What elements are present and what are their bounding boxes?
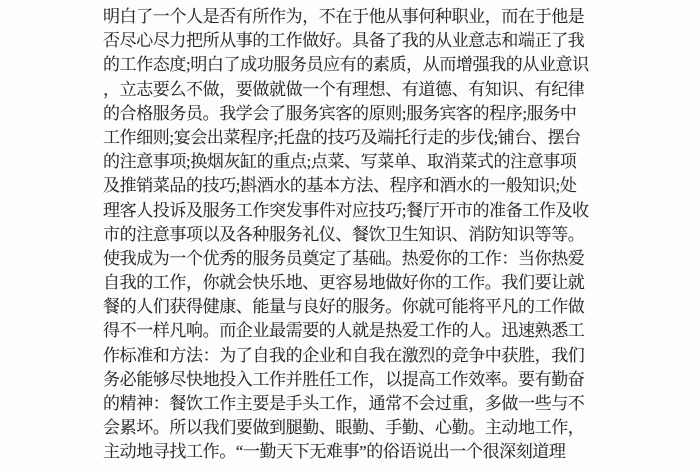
text-line: 工作细则;宴会出菜程序;托盘的技巧及端托行走的步伐;铺台、摆台 (103, 126, 595, 150)
text-line: 市的注意事项以及各种服务礼仪、餐饮卫生知识、消防知识等等。 (103, 223, 595, 247)
text-line: 及推销菜品的技巧;斟酒水的基本方法、程序和酒水的一般知识;处 (103, 174, 595, 198)
text-line: ，立志要么不做，要做就做一个有理想、有道德、有知识、有纪律 (103, 78, 595, 102)
text-line: 的工作态度;明白了成功服务员应有的素质，从而增强我的从业意识 (103, 53, 595, 77)
text-line: 自我的工作，你就会快乐地、更容易地做好你的工作。我们要让就 (103, 271, 595, 295)
text-line: 使我成为一个优秀的服务员奠定了基础。热爱你的工作：当你热爱 (103, 247, 595, 271)
text-line: 明白了一个人是否有所作为，不在于他从事何种职业，而在于他是 (103, 5, 595, 29)
text-line: 的注意事项;换烟灰缸的重点;点菜、写菜单、取消菜式的注意事项 (103, 150, 595, 174)
text-line: 得不一样凡响。而企业最需要的人就是热爱工作的人。迅速熟悉工 (103, 319, 595, 343)
text-line: 务必能够尽快地投入工作并胜任工作，以提高工作效率。要有勤奋 (103, 368, 595, 392)
text-line: 主动地寻找工作。“一勤天下无难事”的俗语说出一个很深刻道理 (103, 440, 595, 464)
scanned-document-page: 明白了一个人是否有所作为，不在于他从事何种职业，而在于他是否尽心尽力把所从事的工… (0, 0, 700, 470)
text-line: 作标准和方法：为了自我的企业和自我在激烈的竞争中获胜，我们 (103, 344, 595, 368)
text-line: 会累坏。所以我们要做到腿勤、眼勤、手勤、心勤。主动地工作， (103, 416, 595, 440)
body-text-paragraph: 明白了一个人是否有所作为，不在于他从事何种职业，而在于他是否尽心尽力把所从事的工… (103, 5, 595, 465)
text-line: 的合格服务员。我学会了服务宾客的原则;服务宾客的程序;服务中 (103, 102, 595, 126)
text-line: 餐的人们获得健康、能量与良好的服务。你就可能将平凡的工作做 (103, 295, 595, 319)
text-line: 的精神：餐饮工作主要是手头工作，通常不会过重，多做一些与不 (103, 392, 595, 416)
text-line: 否尽心尽力把所从事的工作做好。具备了我的从业意志和端正了我 (103, 29, 595, 53)
text-line: 理客人投诉及服务工作突发事件对应技巧;餐厅开市的准备工作及收 (103, 199, 595, 223)
